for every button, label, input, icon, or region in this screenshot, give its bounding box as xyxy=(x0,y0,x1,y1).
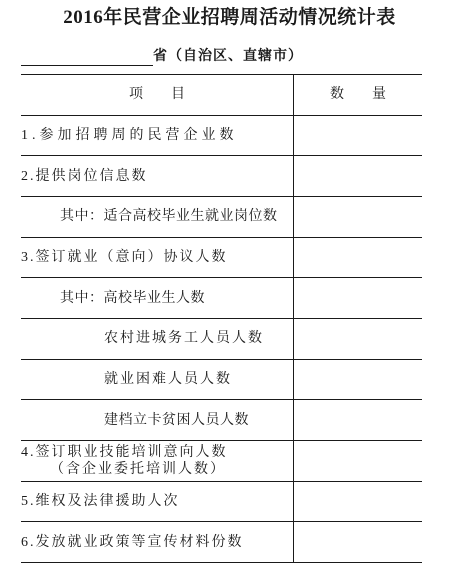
table-header-row: 项 目 数 量 xyxy=(21,75,422,116)
quantity-cell[interactable] xyxy=(294,156,422,197)
item-cell: 5.维权及法律援助人次 xyxy=(21,482,294,523)
quantity-cell[interactable] xyxy=(294,238,422,279)
item-label: 农村进城务工人员人数 xyxy=(104,330,293,347)
quantity-cell[interactable] xyxy=(294,360,422,401)
item-cell: 1.参加招聘周的民营企业数 xyxy=(21,116,294,157)
item-cell: 其中：适合高校毕业生就业岗位数 xyxy=(21,197,294,238)
table-row: 其中：高校毕业生人数 xyxy=(21,278,422,319)
item-cell: 2.提供岗位信息数 xyxy=(21,156,294,197)
item-label: 其中：适合高校毕业生就业岗位数 xyxy=(60,208,293,225)
item-label: 5.维权及法律援助人次 xyxy=(21,493,293,510)
table-row: 5.维权及法律援助人次 xyxy=(21,482,422,523)
quantity-cell[interactable] xyxy=(294,197,422,238)
item-cell: 建档立卡贫困人员人数 xyxy=(21,400,294,441)
item-cell: 6.发放就业政策等宣传材料份数 xyxy=(21,522,294,563)
table-row: 农村进城务工人员人数 xyxy=(21,319,422,360)
item-label: 3.签订就业（意向）协议人数 xyxy=(21,249,293,266)
item-label: 1.参加招聘周的民营企业数 xyxy=(21,127,293,144)
item-label: 建档立卡贫困人员人数 xyxy=(104,412,293,429)
quantity-cell[interactable] xyxy=(294,441,422,482)
quantity-cell[interactable] xyxy=(294,319,422,360)
table-row: 1.参加招聘周的民营企业数 xyxy=(21,116,422,157)
item-label-line2: （含企业委托培训人数） xyxy=(21,461,293,478)
quantity-cell[interactable] xyxy=(294,400,422,441)
table-row: 2.提供岗位信息数 xyxy=(21,156,422,197)
table-row: 其中：适合高校毕业生就业岗位数 xyxy=(21,197,422,238)
item-label: 就业困难人员人数 xyxy=(104,371,293,388)
table-row: 就业困难人员人数 xyxy=(21,360,422,401)
item-label: 2.提供岗位信息数 xyxy=(21,168,293,185)
item-cell: 3.签订就业（意向）协议人数 xyxy=(21,238,294,279)
item-label: 其中：高校毕业生人数 xyxy=(60,290,293,307)
item-label: 4.签订职业技能培训意向人数 xyxy=(21,444,293,461)
item-cell: 其中：高校毕业生人数 xyxy=(21,278,294,319)
quantity-cell[interactable] xyxy=(294,278,422,319)
table-row: 建档立卡贫困人员人数 xyxy=(21,400,422,441)
item-cell: 就业困难人员人数 xyxy=(21,360,294,401)
col-header-item: 项 目 xyxy=(21,75,294,116)
stats-table: 项 目 数 量 1.参加招聘周的民营企业数 2.提供岗位信息数 其中：适合高校毕… xyxy=(21,74,422,563)
item-cell: 4.签订职业技能培训意向人数 （含企业委托培训人数） xyxy=(21,441,294,482)
quantity-cell[interactable] xyxy=(294,116,422,157)
item-cell: 农村进城务工人员人数 xyxy=(21,319,294,360)
quantity-cell[interactable] xyxy=(294,482,422,523)
table-row: 6.发放就业政策等宣传材料份数 xyxy=(21,522,422,563)
document-page: 2016年民营企业招聘周活动情况统计表 省（自治区、直辖市） 项 目 数 量 1… xyxy=(0,0,459,582)
province-blank-field[interactable] xyxy=(21,48,153,66)
table-row: 4.签订职业技能培训意向人数 （含企业委托培训人数） xyxy=(21,441,422,482)
document-title: 2016年民营企业招聘周活动情况统计表 xyxy=(0,0,459,30)
quantity-cell[interactable] xyxy=(294,522,422,563)
province-line: 省（自治区、直辖市） xyxy=(21,46,459,66)
col-header-quantity: 数 量 xyxy=(294,75,422,116)
table-row: 3.签订就业（意向）协议人数 xyxy=(21,238,422,279)
item-label: 6.发放就业政策等宣传材料份数 xyxy=(21,534,293,551)
province-label: 省（自治区、直辖市） xyxy=(153,48,303,66)
